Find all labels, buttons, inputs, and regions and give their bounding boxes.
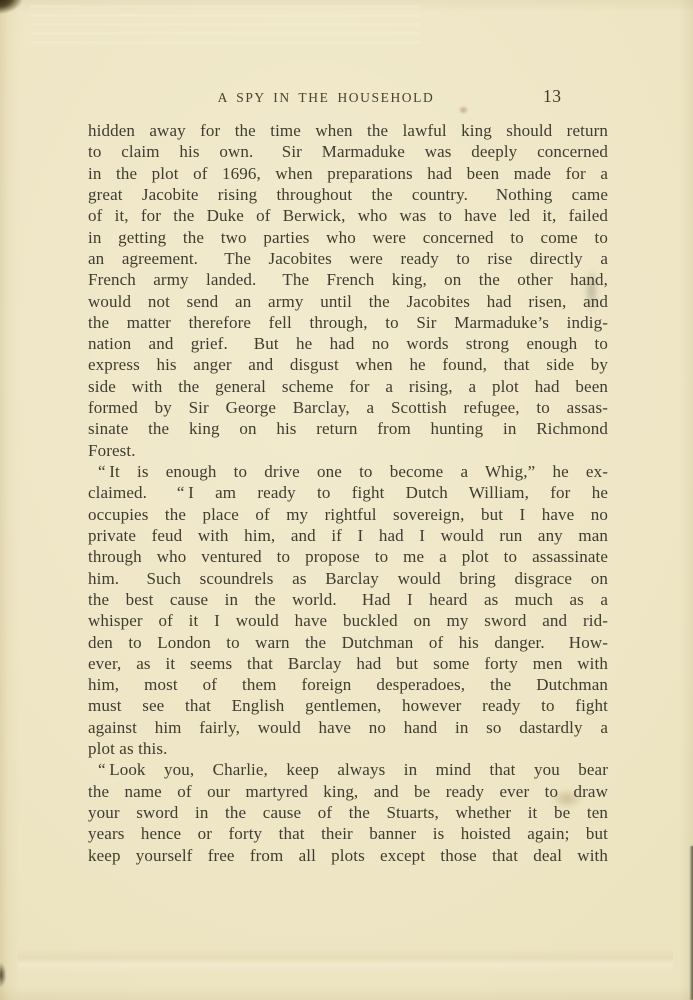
scan-streaks-top bbox=[30, 5, 420, 49]
text-line: Forest. bbox=[88, 440, 608, 461]
paragraph: hidden away for the time when the lawful… bbox=[88, 120, 608, 461]
text-line: claimed. “ I am ready to fight Dutch Wil… bbox=[88, 482, 608, 503]
text-line: formed by Sir George Barclay, a Scottish… bbox=[88, 397, 608, 418]
text-line: plot as this. bbox=[88, 738, 608, 759]
text-line: French army landed. The French king, on … bbox=[88, 269, 608, 290]
text-line: the matter therefore fell through, to Si… bbox=[88, 312, 608, 333]
page-number: 13 bbox=[543, 86, 562, 107]
text-line: an agreement. The Jacobites were ready t… bbox=[88, 248, 608, 269]
text-line: ever, as it seems that Barclay had but s… bbox=[88, 653, 608, 674]
text-line: occupies the place of my rightful sovere… bbox=[88, 504, 608, 525]
text-line: him, most of them foreign desperadoes, t… bbox=[88, 674, 608, 695]
text-line: must see that English gentlemen, however… bbox=[88, 695, 608, 716]
book-page: A SPY IN THE HOUSEHOLD 13 hidden away fo… bbox=[0, 0, 693, 1000]
text-line: side with the general scheme for a risin… bbox=[88, 376, 608, 397]
text-line: den to London to warn the Dutchman of hi… bbox=[88, 632, 608, 653]
text-line: in getting the two parties who were conc… bbox=[88, 227, 608, 248]
text-line: years hence or forty that their banner i… bbox=[88, 823, 608, 844]
text-line: “ It is enough to drive one to become a … bbox=[88, 461, 608, 482]
text-column: hidden away for the time when the lawful… bbox=[88, 120, 608, 866]
text-line: through who ventured to propose to me a … bbox=[88, 546, 608, 567]
text-line: sinate the king on his return from hunti… bbox=[88, 418, 608, 439]
text-line: hidden away for the time when the lawful… bbox=[88, 120, 608, 141]
text-line: to claim his own. Sir Marmaduke was deep… bbox=[88, 141, 608, 162]
text-line: of it, for the Duke of Berwick, who was … bbox=[88, 205, 608, 226]
page-edge-mark-bottom-left bbox=[0, 963, 6, 987]
text-line: would not send an army until the Jacobit… bbox=[88, 291, 608, 312]
text-line: express his anger and disgust when he fo… bbox=[88, 354, 608, 375]
text-line: the name of our martyred king, and be re… bbox=[88, 781, 608, 802]
text-line: your sword in the cause of the Stuarts, … bbox=[88, 802, 608, 823]
text-line: in the plot of 1696, when preparations h… bbox=[88, 163, 608, 184]
running-header: A SPY IN THE HOUSEHOLD 13 bbox=[88, 86, 608, 108]
page-edge-shadow-right bbox=[689, 846, 693, 1000]
text-line: great Jacobite rising throughout the cou… bbox=[88, 184, 608, 205]
header-title: A SPY IN THE HOUSEHOLD bbox=[218, 90, 435, 106]
text-line: private feud with him, and if I had I wo… bbox=[88, 525, 608, 546]
page-corner-shadow bbox=[0, 0, 23, 14]
text-line: the best cause in the world. Had I heard… bbox=[88, 589, 608, 610]
paragraph: “ It is enough to drive one to become a … bbox=[88, 461, 608, 759]
text-line: nation and grief. But he had no words st… bbox=[88, 333, 608, 354]
scan-band-bottom bbox=[18, 948, 673, 974]
text-line: “ Look you, Charlie, keep always in mind… bbox=[88, 759, 608, 780]
text-line: him. Such scoundrels as Barclay would br… bbox=[88, 568, 608, 589]
text-line: whisper of it I would have buckled on my… bbox=[88, 610, 608, 631]
paragraph: “ Look you, Charlie, keep always in mind… bbox=[88, 759, 608, 866]
text-line: keep yourself free from all plots except… bbox=[88, 845, 608, 866]
text-line: against him fairly, would have no hand i… bbox=[88, 717, 608, 738]
